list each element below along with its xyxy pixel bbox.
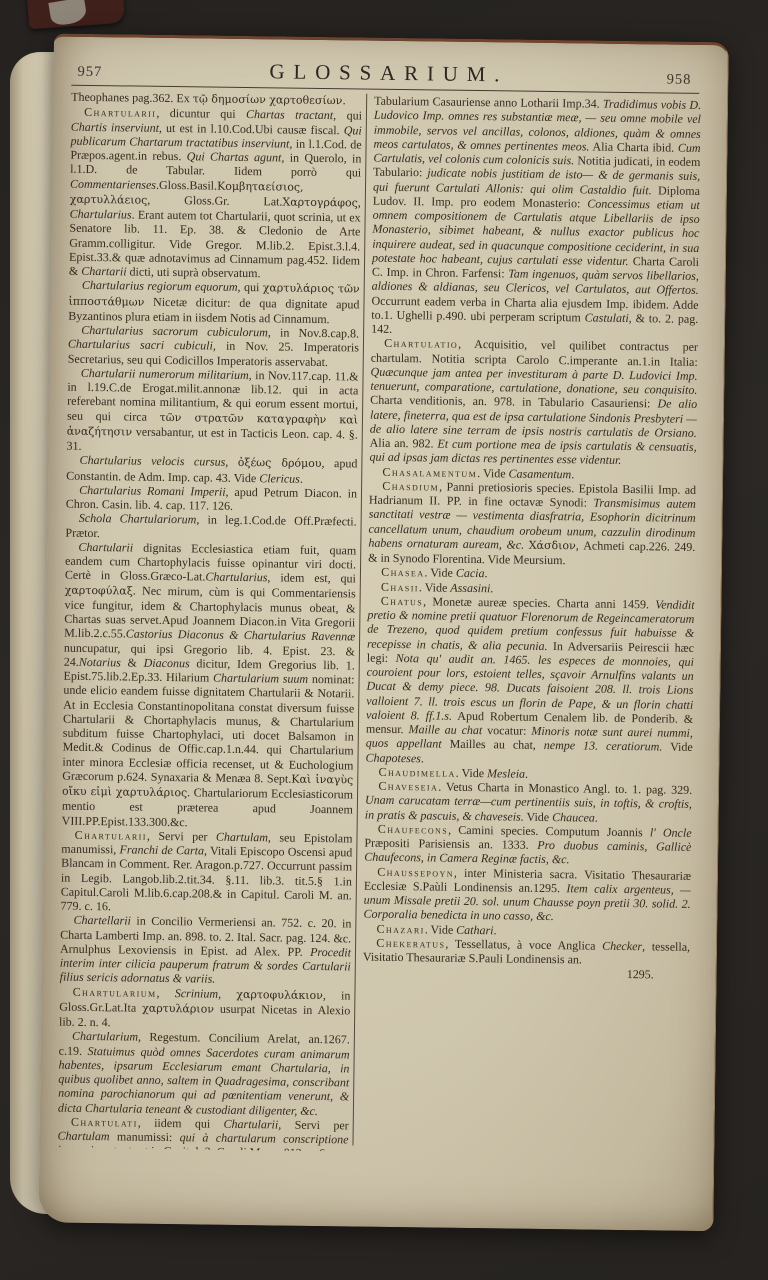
text-run: Chatus <box>381 594 424 609</box>
text-run: Chaveseia <box>378 779 438 794</box>
entry-paragraph: Chartularius sacrorum cubiculorum, in No… <box>68 323 360 370</box>
text-columns: Theophanes pag.362. Ex τῷ δημοσίων χαρτο… <box>57 86 701 1156</box>
text-run: Cathari <box>456 922 494 936</box>
text-run: Chasea <box>381 565 424 580</box>
text-run: τῷ δημοσίων χαρτοθεσίων. <box>193 92 346 107</box>
page-number-left: 957 <box>77 64 102 81</box>
text-run: , qui <box>333 108 362 122</box>
text-run: . Vide <box>424 566 456 580</box>
text-run: Commentarienses <box>70 176 156 191</box>
text-run: Casamentum <box>509 466 572 481</box>
book-page: 957 GLOSSARIUM. 958 Theophanes pag.362. … <box>38 33 729 1231</box>
entry-paragraph: Chaussepoyn, inter Ministeria sacra. Vis… <box>363 864 691 925</box>
text-run: . <box>484 566 487 580</box>
text-run: Chartularii <box>224 1117 279 1132</box>
text-run: Chaussepoyn <box>377 864 454 879</box>
text-run: Vide <box>524 809 553 823</box>
entry-paragraph: Chaveseia. Vetus Charta in Monastico Ang… <box>365 779 693 826</box>
text-run: Chasdium <box>382 479 439 494</box>
text-run: , <box>218 986 236 1000</box>
book-photo: 957 GLOSSARIUM. 958 Theophanes pag.362. … <box>0 0 768 1280</box>
text-run: .Gloss.Basil. <box>156 177 217 192</box>
text-run: Chekeratus <box>376 936 445 951</box>
entry-paragraph: Tabularium Casauriense anno Lotharii Imp… <box>371 94 701 341</box>
text-run: , <box>156 985 174 999</box>
text-run: & <box>121 655 144 669</box>
text-run: Qui Chartas agunt <box>187 149 282 164</box>
text-run: Statuimus quòd omnes Sacerdotes curam an… <box>58 1044 350 1118</box>
text-run: , Servi per <box>147 829 216 844</box>
entry-paragraph: Chartularium, Scrinium, χαρτοφυλάκιον, i… <box>59 984 351 1033</box>
text-run: Χάσδιον <box>529 538 576 552</box>
entry-paragraph: Chaufecons, Camini species. Computum Joa… <box>364 821 692 868</box>
text-run: 1295. <box>627 967 654 981</box>
text-run: . Vide <box>425 922 457 936</box>
text-run: Chartulatio <box>384 336 458 351</box>
text-run: Notarius <box>79 655 121 670</box>
text-run: manumissi: <box>109 1129 179 1144</box>
text-run: , Gloss.Gr. Lat. <box>147 192 282 208</box>
text-run: Χαρτογράφος <box>282 195 358 209</box>
text-run: , dicuntur qui <box>156 106 246 121</box>
text-run: Chazari <box>376 921 424 936</box>
text-run: , idem est, qui <box>267 571 356 586</box>
entry-paragraph: Chartularii dignitas Ecclesiastica etiam… <box>62 539 357 831</box>
text-run: l' Oncle <box>650 825 692 840</box>
entry-paragraph: Chartularii numerorum militarium, in Nov… <box>67 365 359 456</box>
text-run: Alia an. 982. <box>370 436 438 451</box>
text-run: nempe 13. ceratiorum. <box>544 738 663 754</box>
text-run: Chaufecons <box>378 822 449 837</box>
text-run: Vide <box>662 740 693 754</box>
text-run: Chartularii <box>75 828 147 843</box>
text-run: Schola Chartulariorum <box>79 511 197 527</box>
entry-paragraph: Chatus, Monetæ aureæ species. Charta ann… <box>365 593 694 768</box>
running-title: GLOSSARIUM. <box>261 59 509 87</box>
text-run: Cacia <box>456 566 485 580</box>
text-run: Assasini <box>450 580 490 595</box>
entry-paragraph: Schola Chartulariorum, in leg.1.Cod.de O… <box>65 511 356 543</box>
text-run: Chaudimella <box>378 765 455 780</box>
text-run: Chartulam <box>57 1129 109 1144</box>
text-run: χαρτοφύλαξ <box>65 583 133 597</box>
text-run: . <box>300 471 303 485</box>
entry-paragraph: Chartulati, iidem qui Chartularii, Servi… <box>57 1114 348 1155</box>
text-run: Clericus <box>259 471 300 486</box>
page-content: 957 GLOSSARIUM. 958 Theophanes pag.362. … <box>39 36 727 1156</box>
entry-paragraph: Chartularii, dicuntur qui Chartas tracta… <box>69 105 362 282</box>
text-run: dicti, uti suprà observatum. <box>127 264 261 280</box>
text-run: , ut est in Capitul. 2, Caroli M. an. 81… <box>116 1144 328 1156</box>
text-run: Chartularium <box>72 1029 138 1044</box>
text-run: Chartulati <box>71 1115 138 1130</box>
text-run: Chaucea <box>552 810 595 825</box>
text-run: . <box>493 923 496 937</box>
text-run: Diaconus <box>144 655 190 670</box>
text-run: ὀξέως δρόμου <box>238 456 322 470</box>
text-run: , iidem qui <box>138 1115 224 1130</box>
text-run: Chartularius <box>205 570 267 585</box>
text-run: . <box>571 467 574 481</box>
text-run: Chartulam <box>216 829 268 844</box>
entry-paragraph: Chartularius velocis cursus, ὀξέως δρόμο… <box>66 453 357 486</box>
text-run: . <box>490 581 493 595</box>
text-run: , in Nov.8.cap.8. <box>268 325 359 340</box>
entry-paragraph: Chartulatio, Acquisitio, vel quilibet co… <box>369 336 698 469</box>
text-run: Alia Charta ibid. <box>589 139 678 154</box>
text-run: Chartularius <box>70 207 132 222</box>
text-run: Checker <box>602 938 642 953</box>
entry-paragraph: Chekeratus, Tessellatus, à voce Anglica … <box>363 935 690 968</box>
text-run: . <box>525 766 528 780</box>
text-run: Chasii <box>381 579 419 593</box>
text-run: . Vide <box>477 466 509 480</box>
column-right: Tabularium Casauriense anno Lotharii Imp… <box>363 94 702 983</box>
text-run: Chapoteses <box>365 750 421 765</box>
text-run: Castulati <box>585 310 629 325</box>
text-run: , Servi per <box>278 1117 349 1132</box>
text-run: . Vide <box>456 766 488 780</box>
text-run: Scrinium <box>175 986 219 1001</box>
text-run: Chartularius regiorum equorum <box>82 278 238 294</box>
text-run: , <box>358 195 361 209</box>
entry-paragraph: Chartellarii in Concilio Vermeriensi an.… <box>60 913 352 988</box>
page-number-right: 958 <box>667 72 692 89</box>
text-run: , <box>225 455 238 469</box>
text-run: Mailles au chat, <box>442 737 544 752</box>
entry-paragraph: Chasdium, Panni pretiosioris species. Ep… <box>368 478 696 569</box>
entry-paragraph: Chartularium, Regestum. Concilium Arelat… <box>58 1029 350 1118</box>
text-run: Chartularius sacri cubiculi <box>68 337 213 353</box>
text-run: Chasalamentum <box>382 464 477 479</box>
entry-paragraph: Chartularius regiorum equorum, qui χαρτυ… <box>68 278 360 327</box>
text-run: Theophanes pag.362. Ex <box>71 90 193 106</box>
text-run: . Vide <box>419 580 451 594</box>
text-run: Franchi de Carta <box>119 842 204 857</box>
text-run: Chartarii <box>81 264 127 279</box>
text-run: χαρτοφυλάκιον <box>236 987 323 1001</box>
text-run: Chartas tractant <box>246 107 333 122</box>
text-run: vocatur: <box>482 723 531 738</box>
text-run: Mesleia <box>487 766 525 780</box>
entry-paragraph: Chartularii, Servi per Chartulam, seu Ep… <box>60 827 352 916</box>
text-run: Chartis inserviunt <box>71 119 159 134</box>
text-run: . <box>421 751 424 765</box>
text-run: Chartularius Romani Imperii <box>79 483 226 499</box>
entry-paragraph: 1295. <box>363 964 690 983</box>
text-run: Chartularium <box>73 984 157 999</box>
column-left: Theophanes pag.362. Ex τῷ δημοσίων χαρτο… <box>57 90 362 1156</box>
text-run: Maille au chat <box>408 722 482 737</box>
text-run: nominat: unde elicio eandem fuisse digni… <box>62 672 354 786</box>
text-run: . <box>595 810 598 824</box>
text-run: Chartularium suum <box>213 671 308 686</box>
text-run: Chartularii <box>84 105 156 120</box>
text-run: Chartellarii <box>73 913 131 928</box>
text-run: Chartularii <box>78 540 133 555</box>
text-run: Chartularius velocis cursus <box>80 453 226 469</box>
text-run: χαρτυλάριον <box>142 1001 214 1015</box>
text-run: , qui <box>238 280 263 294</box>
entry-paragraph: Chartularius Romani Imperii, apud Petrum… <box>66 482 357 514</box>
text-run: Quæcunque jam antea per investituram à p… <box>370 364 697 397</box>
